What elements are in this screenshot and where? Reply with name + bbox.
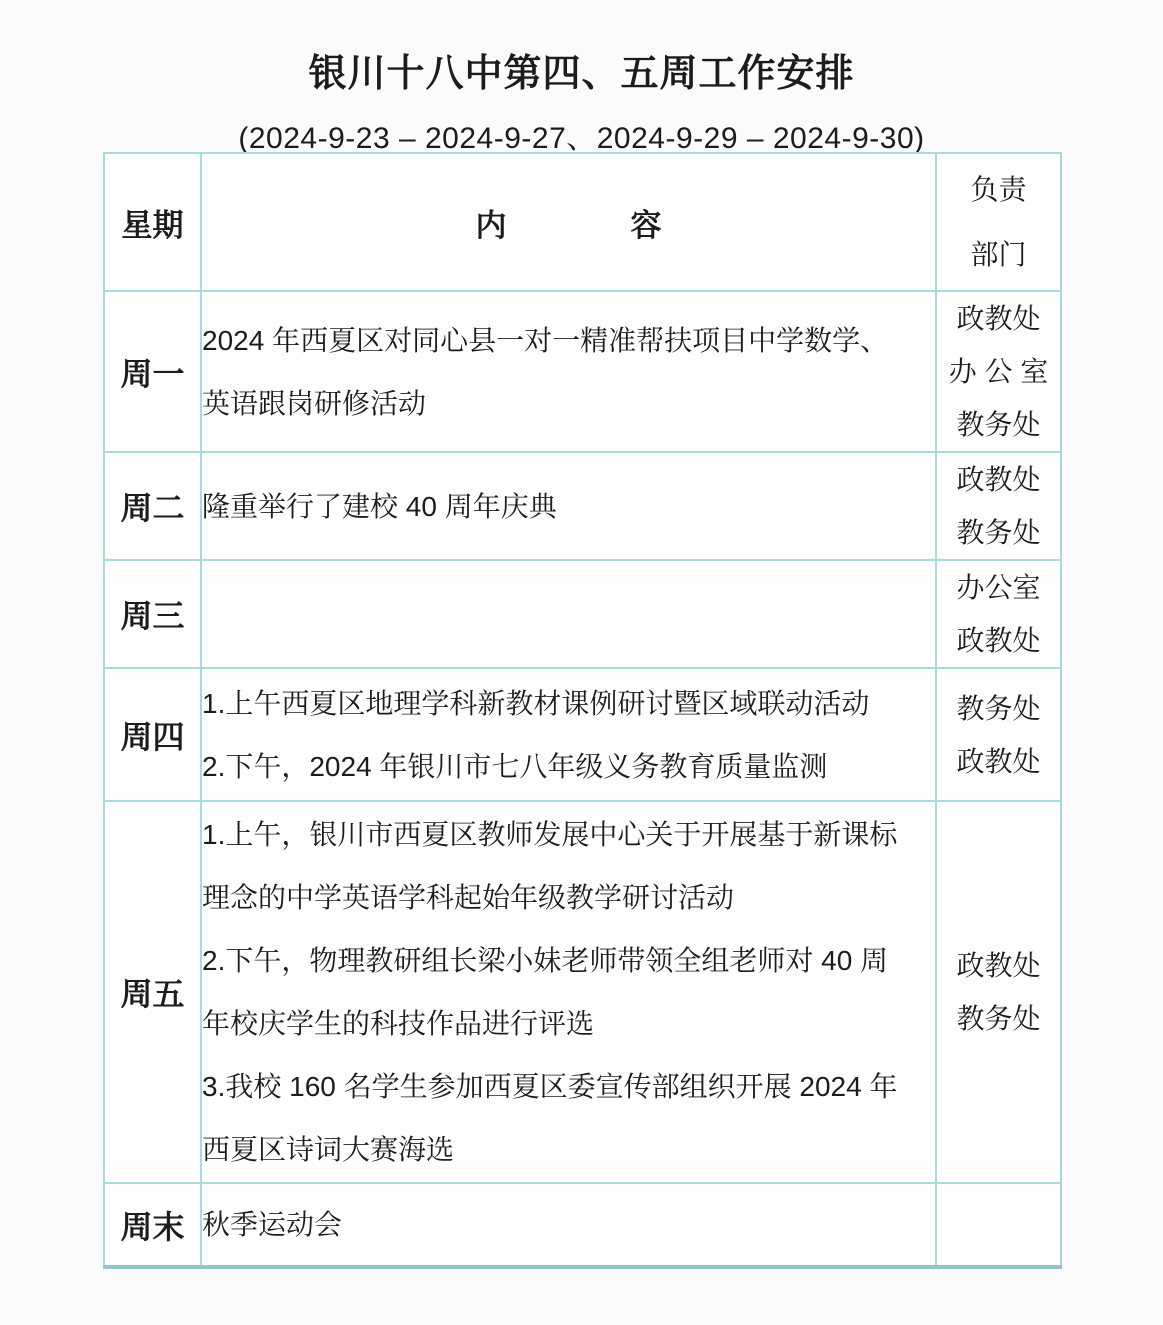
content-cell: 秋季运动会 bbox=[201, 1183, 936, 1267]
dept-cell: 政教处教务处 bbox=[936, 801, 1061, 1183]
header-content: 内 容 bbox=[201, 153, 936, 291]
table-row: 周二 隆重举行了建校 40 周年庆典 政教处教务处 bbox=[104, 452, 1061, 560]
content-line: 2.下午，物理教研组长梁小妹老师带领全组老师对 40 周 bbox=[202, 929, 935, 992]
content-line: 年校庆学生的科技作品进行评选 bbox=[202, 992, 935, 1055]
content-line: 2.下午，2024 年银川市七八年级义务教育质量监测 bbox=[202, 735, 935, 798]
content-cell: 1.上午西夏区地理学科新教材课例研讨暨区域联动活动2.下午，2024 年银川市七… bbox=[201, 668, 936, 801]
content-line: 3.我校 160 名学生参加西夏区委宣传部组织开展 2024 年 bbox=[202, 1055, 935, 1118]
dept-cell: 政教处教务处 bbox=[936, 452, 1061, 560]
header-dept: 负责 部门 bbox=[936, 153, 1061, 291]
content-line: 1.上午西夏区地理学科新教材课例研讨暨区域联动活动 bbox=[202, 672, 935, 735]
schedule-table: 星期 内 容 负责 部门 周一 2024 年西夏区对同心县一对一精准帮扶项目中学… bbox=[103, 152, 1062, 1269]
content-line: 隆重举行了建校 40 周年庆典 bbox=[202, 475, 935, 538]
dept-line: 教务处 bbox=[937, 398, 1060, 451]
content-cell bbox=[201, 560, 936, 668]
dept-line: 教务处 bbox=[937, 992, 1060, 1045]
day-label: 周四 bbox=[104, 668, 201, 801]
content-line: 2024 年西夏区对同心县一对一精准帮扶项目中学数学、 bbox=[202, 309, 935, 372]
table-row: 周四 1.上午西夏区地理学科新教材课例研讨暨区域联动活动2.下午，2024 年银… bbox=[104, 668, 1061, 801]
dept-line: 办公室 bbox=[937, 561, 1060, 614]
day-label: 周二 bbox=[104, 452, 201, 560]
table-row: 周五 1.上午，银川市西夏区教师发展中心关于开展基于新课标理念的中学英语学科起始… bbox=[104, 801, 1061, 1183]
dept-cell: 办公室政教处 bbox=[936, 560, 1061, 668]
table-row: 周一 2024 年西夏区对同心县一对一精准帮扶项目中学数学、英语跟岗研修活动 政… bbox=[104, 291, 1061, 452]
header-dept-line2: 部门 bbox=[937, 222, 1060, 287]
content-line: 1.上午，银川市西夏区教师发展中心关于开展基于新课标 bbox=[202, 803, 935, 866]
dept-line: 政教处 bbox=[937, 939, 1060, 992]
table-row: 周末 秋季运动会 bbox=[104, 1183, 1061, 1267]
day-label: 周末 bbox=[104, 1183, 201, 1267]
content-line: 理念的中学英语学科起始年级教学研讨活动 bbox=[202, 866, 935, 929]
dept-line: 政教处 bbox=[937, 614, 1060, 667]
header-day: 星期 bbox=[104, 153, 201, 291]
content-line: 英语跟岗研修活动 bbox=[202, 372, 935, 435]
day-label: 周三 bbox=[104, 560, 201, 668]
dept-line: 教务处 bbox=[937, 682, 1060, 735]
dept-line: 政教处 bbox=[937, 453, 1060, 506]
dept-line: 政教处 bbox=[937, 292, 1060, 345]
page-subtitle: (2024-9-23 – 2024-9-27、2024-9-29 – 2024-… bbox=[0, 113, 1163, 157]
content-cell: 2024 年西夏区对同心县一对一精准帮扶项目中学数学、英语跟岗研修活动 bbox=[201, 291, 936, 452]
content-cell: 1.上午，银川市西夏区教师发展中心关于开展基于新课标理念的中学英语学科起始年级教… bbox=[201, 801, 936, 1183]
dept-line: 办 公 室 bbox=[937, 345, 1060, 398]
page-title: 银川十八中第四、五周工作安排 bbox=[0, 0, 1163, 97]
content-cell: 隆重举行了建校 40 周年庆典 bbox=[201, 452, 936, 560]
table-header-row: 星期 内 容 负责 部门 bbox=[104, 153, 1061, 291]
dept-line: 教务处 bbox=[937, 506, 1060, 559]
content-line: 秋季运动会 bbox=[202, 1193, 935, 1256]
dept-cell: 政教处办 公 室教务处 bbox=[936, 291, 1061, 452]
table-row: 周三 办公室政教处 bbox=[104, 560, 1061, 668]
day-label: 周一 bbox=[104, 291, 201, 452]
dept-line: 政教处 bbox=[937, 735, 1060, 788]
content-line: 西夏区诗词大赛海选 bbox=[202, 1118, 935, 1181]
dept-cell: 教务处政教处 bbox=[936, 668, 1061, 801]
schedule-page: 银川十八中第四、五周工作安排 (2024-9-23 – 2024-9-27、20… bbox=[0, 0, 1163, 1325]
header-dept-line1: 负责 bbox=[937, 157, 1060, 222]
dept-cell bbox=[936, 1183, 1061, 1267]
day-label: 周五 bbox=[104, 801, 201, 1183]
